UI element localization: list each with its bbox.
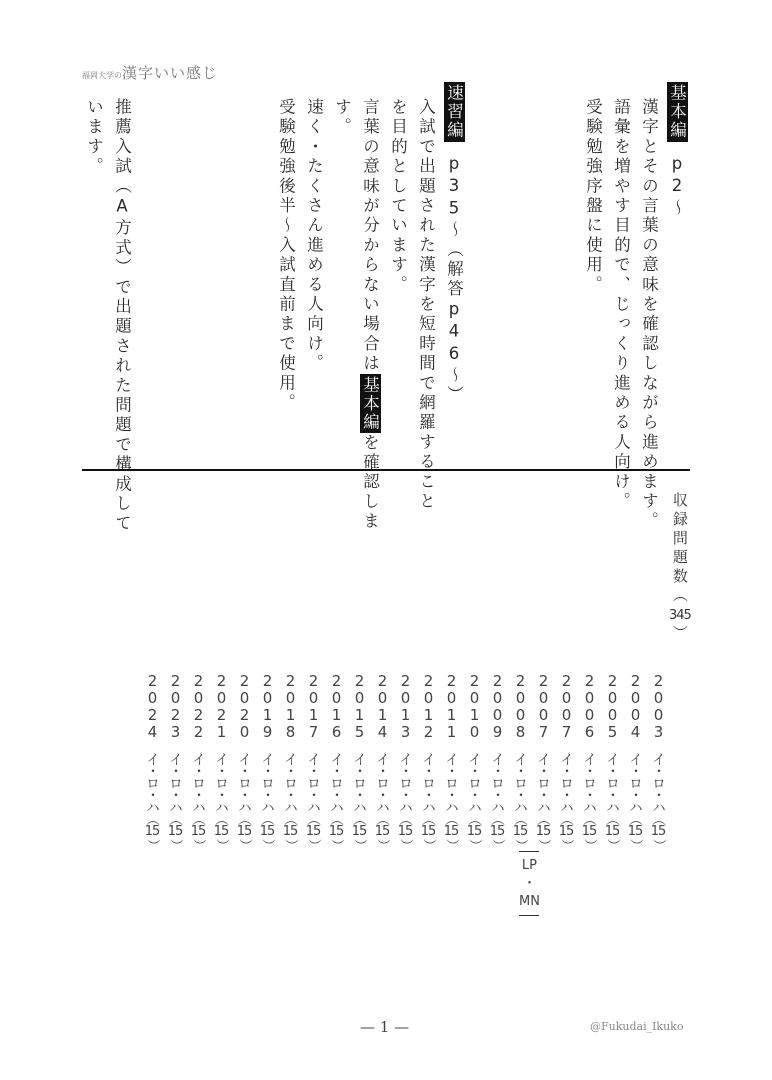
paren-close: ）: [652, 839, 665, 852]
kihon-line-3: 受験勉強序盤に使用。: [584, 98, 601, 295]
note-mn: MN: [519, 894, 540, 909]
paren-close: ）: [422, 839, 435, 852]
year-column: 2012イ・ロ・ハ（15）: [420, 672, 436, 852]
year-column: 2023イ・ロ・ハ（15）: [167, 672, 183, 852]
year-column: 2007イ・ロ・ハ（15）: [558, 672, 574, 852]
year: 2003: [651, 672, 666, 740]
paren-close: ）: [399, 839, 412, 852]
question-count: 15: [283, 824, 298, 839]
year: 2004: [628, 672, 643, 740]
question-count: 15: [306, 824, 321, 839]
question-types: イ・ロ・ハ（: [398, 752, 412, 824]
paren-close: ）: [169, 839, 182, 852]
question-types: イ・ロ・ハ（: [628, 752, 642, 824]
year: 2007: [559, 672, 574, 740]
question-types: イ・ロ・ハ（: [513, 752, 527, 824]
paren-close: ）: [192, 839, 205, 852]
sokushu-line-4: す。: [333, 98, 350, 137]
question-count: 15: [191, 824, 206, 839]
author-handle: @Fukudai_Ikuko: [590, 1020, 683, 1033]
paren-close: ）: [146, 839, 159, 852]
sokushu-line-3-pre: 言葉の意味が分からない場合は: [361, 98, 380, 374]
question-count: 15: [168, 824, 183, 839]
note-rule-top: [519, 851, 539, 852]
year-column: 2014イ・ロ・ハ（15）: [374, 672, 390, 852]
year-column: 2013イ・ロ・ハ（15）: [397, 672, 413, 852]
paren-close: ）: [468, 839, 481, 852]
note-lp: LP: [522, 858, 537, 873]
year-column: 2017イ・ロ・ハ（15）: [305, 672, 321, 852]
page-header: 福岡大学の漢字いい感じ: [82, 62, 218, 83]
year: 2023: [168, 672, 183, 740]
year-column: 2011イ・ロ・ハ（15）: [443, 672, 459, 852]
year-column: 2003イ・ロ・ハ（15）: [650, 672, 666, 852]
question-count: 15: [490, 824, 505, 839]
year-column: 2022イ・ロ・ハ（15）: [190, 672, 206, 852]
note-dot: ・: [523, 877, 536, 890]
paren-close: ）: [284, 839, 297, 852]
question-types: イ・ロ・ハ（: [237, 752, 251, 824]
question-types: イ・ロ・ハ（: [421, 752, 435, 824]
year-column: 2008イ・ロ・ハ（15）: [512, 672, 528, 852]
question-count: 15: [214, 824, 229, 839]
year: 2019: [260, 672, 275, 740]
question-count: 15: [628, 824, 643, 839]
year-column: 2021イ・ロ・ハ（15）: [213, 672, 229, 852]
sokushu-heading: 速習編p35〜（解答p46〜）: [445, 82, 462, 405]
year-column: 2016イ・ロ・ハ（15）: [328, 672, 344, 852]
sokushu-tag: 速習編: [444, 82, 465, 142]
year-column: 2004イ・ロ・ハ（15）: [627, 672, 643, 852]
paren-close: ）: [261, 839, 274, 852]
question-count: 15: [237, 824, 252, 839]
year: 2021: [214, 672, 229, 740]
question-types: イ・ロ・ハ（: [536, 752, 550, 824]
question-types: イ・ロ・ハ（: [467, 752, 481, 824]
year: 2008: [513, 672, 528, 740]
question-types: イ・ロ・ハ（: [651, 752, 665, 824]
year: 2012: [421, 672, 436, 740]
question-count: 15: [375, 824, 390, 839]
year: 2005: [605, 672, 620, 740]
paren-close: ）: [330, 839, 343, 852]
sokushu-line-1: 入試で出題された漢字を短時間で網羅すること: [417, 98, 434, 512]
year: 2006: [582, 672, 597, 740]
lp-mn-note: LP ・ MN: [519, 845, 540, 922]
question-types: イ・ロ・ハ（: [444, 752, 458, 824]
year-column: 2006イ・ロ・ハ（15）: [581, 672, 597, 852]
paren-close: ）: [491, 839, 504, 852]
question-count: 15: [651, 824, 666, 839]
year-column: 2015イ・ロ・ハ（15）: [351, 672, 367, 852]
year: 2007: [536, 672, 551, 740]
question-count: 15: [444, 824, 459, 839]
question-count: 15: [559, 824, 574, 839]
sokushu-page-ref: p35〜（解答p46〜）: [445, 154, 462, 405]
section-divider: [82, 469, 690, 471]
paren-close: ）: [307, 839, 320, 852]
year: 2024: [145, 672, 160, 740]
sokushu-kihon-tag: 基本編: [360, 374, 381, 434]
year-column: 2009イ・ロ・ハ（15）: [489, 672, 505, 852]
question-types: イ・ロ・ハ（: [260, 752, 274, 824]
paren-close: ）: [376, 839, 389, 852]
year-column: 2018イ・ロ・ハ（15）: [282, 672, 298, 852]
year: 2015: [352, 672, 367, 740]
year: 2010: [467, 672, 482, 740]
paren-close: ）: [560, 839, 573, 852]
question-count: 15: [467, 824, 482, 839]
question-count: 15: [605, 824, 620, 839]
question-types: イ・ロ・ハ（: [375, 752, 389, 824]
recorded-count: 収録問題数（345）: [669, 492, 691, 644]
paren-close: ）: [629, 839, 642, 852]
year: 2013: [398, 672, 413, 740]
year: 2016: [329, 672, 344, 740]
question-count: 15: [260, 824, 275, 839]
year: 2009: [490, 672, 505, 740]
question-types: イ・ロ・ハ（: [214, 752, 228, 824]
suisen-line-2: います。: [85, 98, 102, 177]
year: 2014: [375, 672, 390, 740]
sokushu-line-5: 速く・たくさん進める人向け。: [305, 98, 322, 374]
question-types: イ・ロ・ハ（: [306, 752, 320, 824]
year-column: 2010イ・ロ・ハ（15）: [466, 672, 482, 852]
paren-close: ）: [445, 839, 458, 852]
question-count: 15: [398, 824, 413, 839]
paren-close: ）: [606, 839, 619, 852]
sokushu-line-3: 言葉の意味が分からない場合は基本編を確認しま: [361, 98, 378, 532]
year: 2018: [283, 672, 298, 740]
question-types: イ・ロ・ハ（: [582, 752, 596, 824]
kihon-line-2: 語彙を増やす目的で、じっくり進める人向け。: [612, 98, 629, 512]
recorded-label: 収録問題数（: [671, 492, 689, 606]
question-types: イ・ロ・ハ（: [559, 752, 573, 824]
question-types: イ・ロ・ハ（: [329, 752, 343, 824]
header-university: 福岡大学の: [82, 71, 122, 80]
paren-close: ）: [238, 839, 251, 852]
note-rule-bottom: [519, 915, 539, 916]
question-types: イ・ロ・ハ（: [191, 752, 205, 824]
paren-close: ）: [215, 839, 228, 852]
question-types: イ・ロ・ハ（: [490, 752, 504, 824]
question-count: 15: [513, 824, 528, 839]
sokushu-line-6: 受験勉強後半〜入試直前まで使用。: [277, 98, 294, 413]
paren-close: ）: [353, 839, 366, 852]
question-count: 15: [536, 824, 551, 839]
page-number: — 1 —: [360, 1018, 409, 1036]
sokushu-line-3-post: を確認しま: [361, 433, 380, 532]
header-title: 漢字いい感じ: [122, 64, 218, 82]
year-column: 2024イ・ロ・ハ（15）: [144, 672, 160, 852]
year-column: 2007イ・ロ・ハ（15）: [535, 672, 551, 852]
question-count: 15: [145, 824, 160, 839]
year: 2020: [237, 672, 252, 740]
question-types: イ・ロ・ハ（: [352, 752, 366, 824]
year: 2011: [444, 672, 459, 740]
sokushu-line-2: を目的としています。: [389, 98, 406, 295]
year-column: 2019イ・ロ・ハ（15）: [259, 672, 275, 852]
year: 2017: [306, 672, 321, 740]
kihon-page-ref: p2〜: [668, 154, 685, 218]
recorded-number: 345: [669, 608, 691, 623]
year: 2022: [191, 672, 206, 740]
question-types: イ・ロ・ハ（: [168, 752, 182, 824]
kihon-line-1: 漢字とその言葉の意味を確認しながら進めます。: [640, 98, 657, 531]
kihon-tag: 基本編: [667, 82, 688, 142]
kihon-heading: 基本編p2〜: [668, 82, 685, 218]
question-count: 15: [421, 824, 436, 839]
question-count: 15: [329, 824, 344, 839]
question-count: 15: [352, 824, 367, 839]
recorded-close: ）: [671, 625, 689, 644]
question-types: イ・ロ・ハ（: [605, 752, 619, 824]
question-types: イ・ロ・ハ（: [145, 752, 159, 824]
question-count: 15: [582, 824, 597, 839]
paren-close: ）: [583, 839, 596, 852]
question-types: イ・ロ・ハ（: [283, 752, 297, 824]
year-column: 2020イ・ロ・ハ（15）: [236, 672, 252, 852]
year-column: 2005イ・ロ・ハ（15）: [604, 672, 620, 852]
